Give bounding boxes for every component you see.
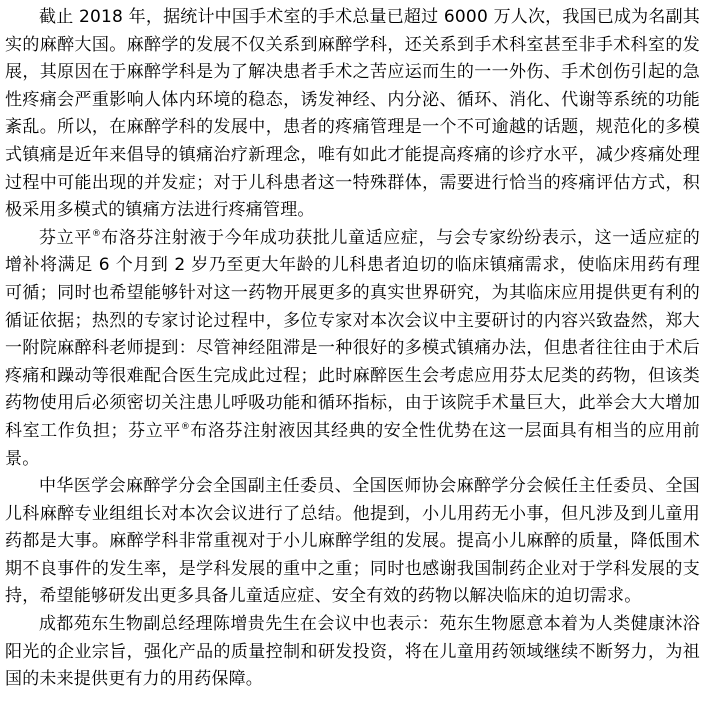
paragraph-text-segment: 芬立平	[39, 228, 92, 248]
registered-mark: ®	[92, 229, 101, 239]
paragraph-company-statement: 成都苑东生物副总经理陈增贵先生在会议中也表示：苑东生物愿意本着为人类健康沐浴阳光…	[5, 611, 700, 694]
paragraph-ibuprofen-injection: 芬立平®布洛芬注射液于今年成功获批儿童适应症，与会专家纷纷表示，这一适应症的增补…	[5, 225, 700, 473]
registered-mark: ®	[181, 422, 190, 432]
paragraph-text-segment: 布洛芬注射液于今年成功获批儿童适应症，与会专家纷纷表示，这一适应症的增补将满足 …	[5, 228, 700, 441]
article-body: 截止 2018 年，据统计中国手术室的手术总量已超过 6000 万人次，我国已成…	[5, 4, 700, 694]
paragraph-conference-summary: 中华医学会麻醉学分会全国副主任委员、全国医师协会麻醉学分会候任主任委员、全国儿科…	[5, 473, 700, 611]
paragraph-anesthesia-overview: 截止 2018 年，据统计中国手术室的手术总量已超过 6000 万人次，我国已成…	[5, 4, 700, 225]
